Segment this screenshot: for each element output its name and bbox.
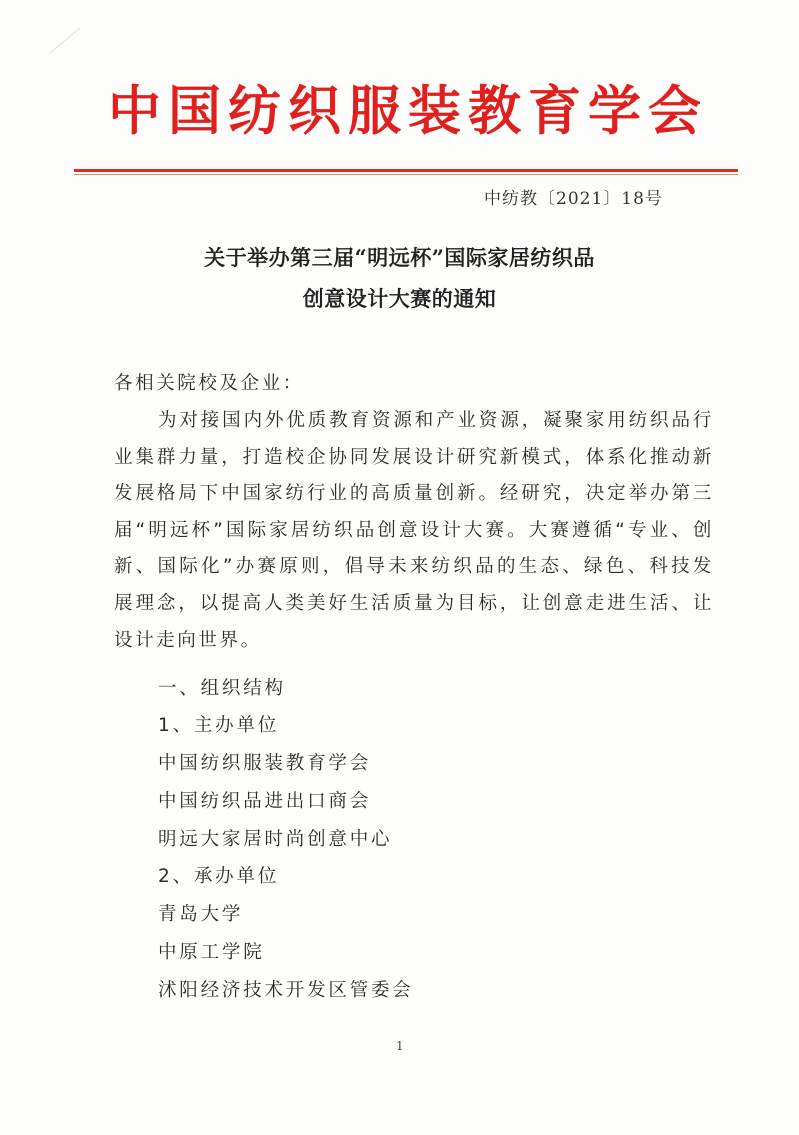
document-number: 中纺教〔2021〕18号 — [484, 184, 663, 209]
co-organizer-item: 中原工学院 — [158, 938, 265, 964]
subsection-heading: 2、承办单位 — [158, 862, 279, 888]
salutation: 各相关院校及企业： — [114, 366, 714, 403]
organizer-item: 中国纺织品进出口商会 — [158, 787, 371, 813]
organizer-item: 明远大家居时尚创意中心 — [158, 825, 392, 851]
scan-artifact — [49, 27, 80, 53]
letterhead-rule-thick — [74, 169, 738, 172]
organizer-item: 中国纺织服装教育学会 — [158, 749, 371, 775]
page-number: 1 — [396, 1039, 404, 1053]
document-title-line-2: 创意设计大赛的通知 — [0, 283, 799, 313]
intro-paragraph: 为对接国内外优质教育资源和产业资源，凝聚家用纺织品行业集群力量，打造校企协同发展… — [114, 403, 714, 659]
co-organizer-item: 沭阳经济技术开发区管委会 — [158, 976, 414, 1002]
document-title-line-1: 关于举办第三届“明远杯”国际家居纺织品 — [0, 242, 799, 272]
co-organizer-item: 青岛大学 — [158, 900, 243, 926]
letterhead-rule-thin — [74, 174, 738, 175]
letterhead-organization: 中国纺织服装教育学会 — [108, 80, 728, 144]
section-heading: 一、组织结构 — [158, 674, 286, 700]
subsection-heading: 1、主办单位 — [158, 711, 279, 737]
